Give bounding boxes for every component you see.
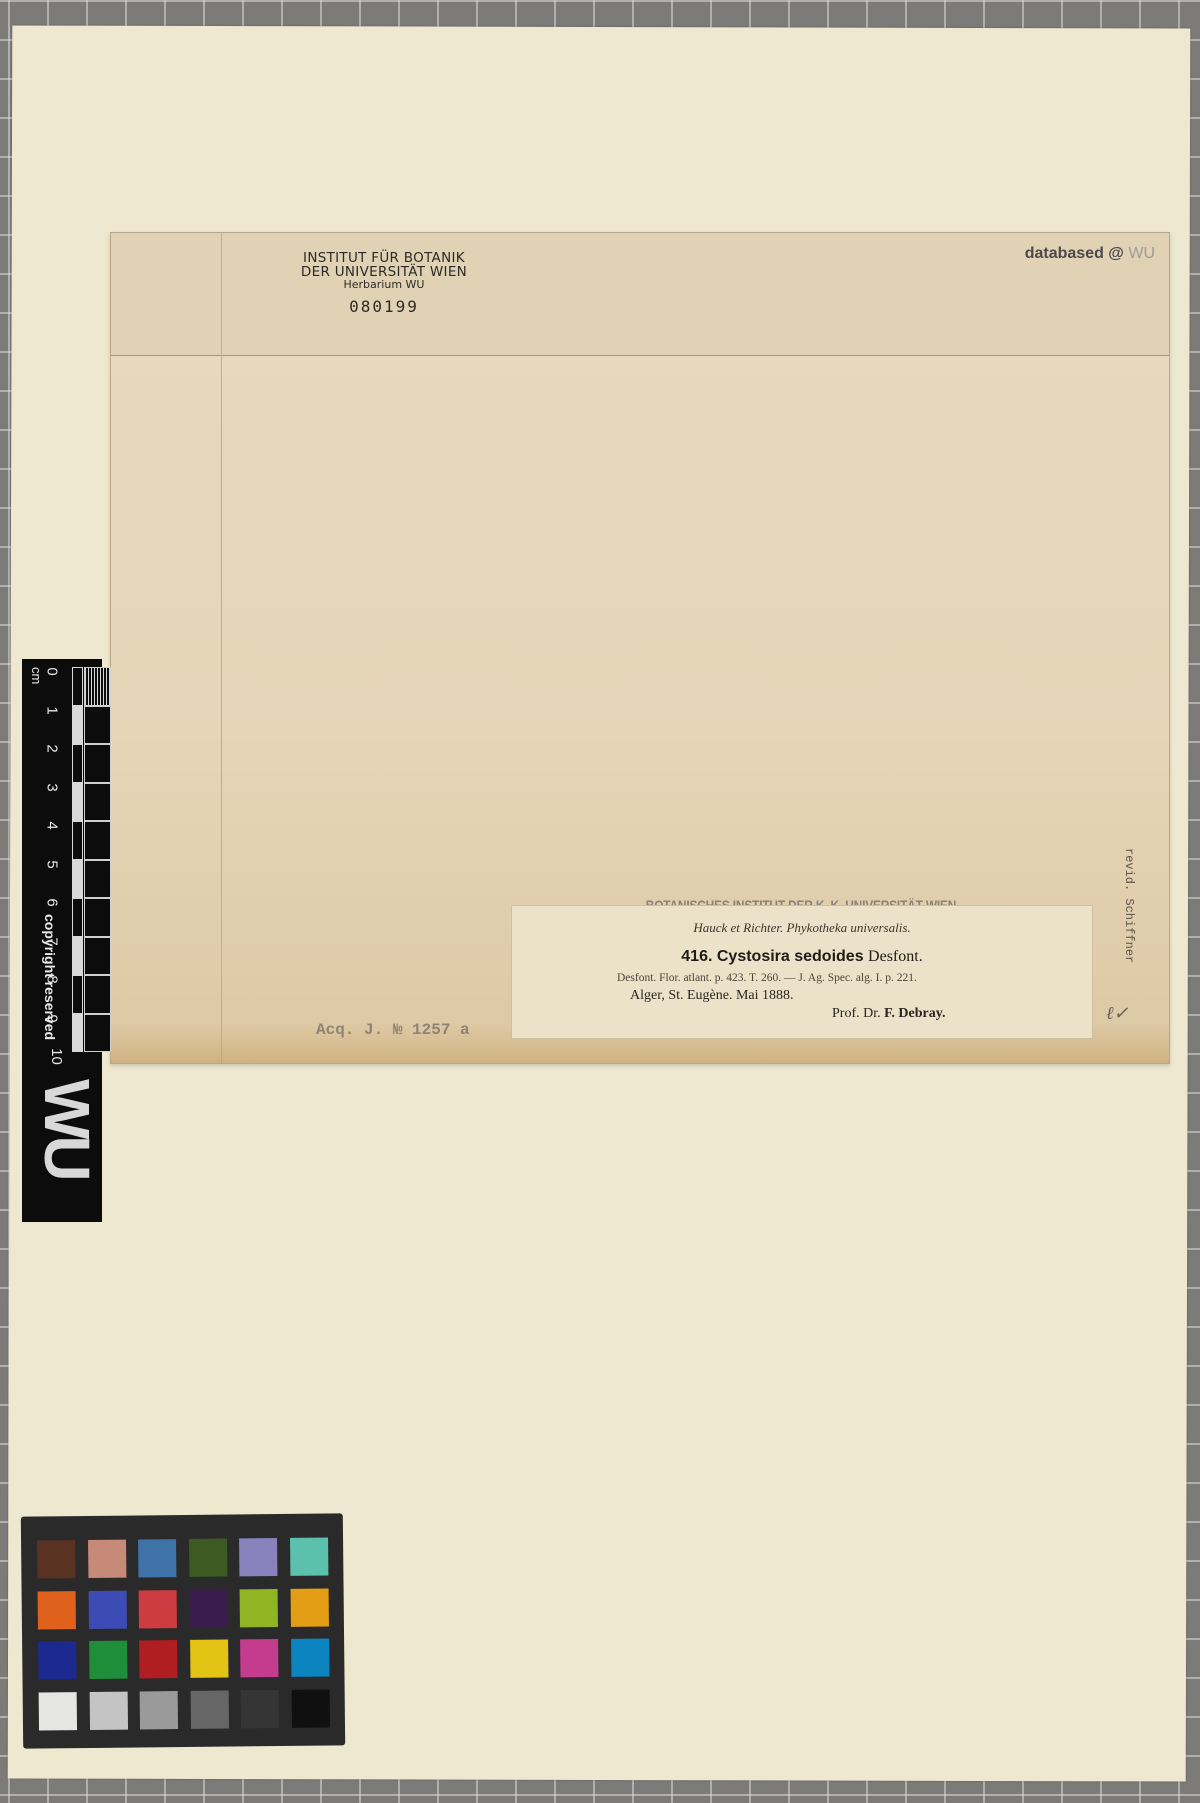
collector-name: F. Debray. bbox=[884, 1006, 945, 1021]
specimen-envelope: INSTITUT FÜR BOTANIK DER UNIVERSITÄT WIE… bbox=[110, 232, 1170, 1064]
ruler-segment bbox=[84, 783, 111, 822]
envelope-flap bbox=[111, 233, 1169, 356]
ruler-tick-0: 0 bbox=[44, 667, 61, 675]
color-swatch bbox=[189, 1539, 227, 1577]
color-checker bbox=[21, 1513, 345, 1748]
species-author: Desfont. bbox=[868, 948, 923, 965]
specimen-label: Hauck et Richter. Phykotheka universalis… bbox=[511, 905, 1093, 1039]
database-stamp-text: databased @ bbox=[1025, 245, 1124, 262]
ruler-segment bbox=[72, 783, 83, 822]
color-swatch bbox=[240, 1639, 278, 1677]
color-swatch bbox=[190, 1690, 228, 1728]
ruler-segment bbox=[72, 860, 83, 899]
herbarium-number: 080199 bbox=[289, 299, 479, 316]
ruler-segment bbox=[72, 1014, 83, 1053]
ruler-segment bbox=[72, 744, 83, 783]
scale-ruler: cm 012345678910 copyright reserved WU bbox=[22, 659, 102, 1222]
color-swatch bbox=[89, 1641, 127, 1679]
ruler-segment bbox=[84, 937, 111, 976]
ruler-segment bbox=[84, 821, 111, 860]
ruler-segment bbox=[72, 898, 83, 937]
label-collector: Prof. Dr. F. Debray. bbox=[832, 1006, 945, 1022]
color-swatch bbox=[38, 1591, 76, 1629]
wu-logo: WU bbox=[30, 1079, 104, 1178]
database-stamp-suffix: WU bbox=[1128, 245, 1155, 262]
color-swatch bbox=[88, 1540, 126, 1578]
color-swatch bbox=[139, 1590, 177, 1628]
ruler-tick-1: 1 bbox=[44, 706, 61, 714]
color-swatch bbox=[89, 1691, 127, 1729]
envelope-fold-line bbox=[221, 233, 222, 1063]
color-swatch bbox=[38, 1641, 76, 1679]
color-swatch bbox=[291, 1638, 329, 1676]
ruler-segment bbox=[84, 975, 111, 1014]
institute-stamp-line2: DER UNIVERSITÄT WIEN bbox=[289, 265, 479, 279]
species-name: 416. Cystosira sedoides bbox=[681, 948, 863, 965]
institute-stamp-line3: Herbarium WU bbox=[289, 279, 479, 291]
ruler-segment bbox=[72, 937, 83, 976]
color-swatch bbox=[290, 1537, 328, 1575]
ruler-scale bbox=[72, 667, 118, 1052]
color-swatch bbox=[189, 1589, 227, 1627]
label-reference: Desfont. Flor. atlant. p. 423. T. 260. —… bbox=[617, 972, 917, 984]
ruler-tick-6: 6 bbox=[44, 898, 61, 906]
ruler-segment bbox=[84, 744, 111, 783]
ruler-segment bbox=[84, 860, 111, 899]
color-swatch bbox=[291, 1689, 329, 1727]
ruler-tick-10: 10 bbox=[48, 1048, 65, 1065]
label-series: Hauck et Richter. Phykotheka universalis… bbox=[512, 920, 1092, 936]
color-swatch bbox=[139, 1640, 177, 1678]
color-swatch bbox=[88, 1590, 126, 1628]
color-swatch bbox=[138, 1539, 176, 1577]
ruler-segment bbox=[84, 898, 111, 937]
color-swatch bbox=[190, 1640, 228, 1678]
institute-stamp: INSTITUT FÜR BOTANIK DER UNIVERSITÄT WIE… bbox=[289, 251, 479, 316]
color-swatch bbox=[290, 1588, 328, 1626]
color-swatch bbox=[140, 1691, 178, 1729]
acquisition-number: Acq. J. № 1257 a bbox=[316, 1021, 470, 1039]
color-swatch bbox=[241, 1690, 279, 1728]
color-swatch bbox=[39, 1692, 77, 1730]
color-swatch bbox=[239, 1538, 277, 1576]
color-swatch bbox=[37, 1540, 75, 1578]
ruler-segment bbox=[72, 706, 83, 745]
ruler-segment bbox=[84, 667, 111, 706]
ruler-segment bbox=[72, 667, 83, 706]
ruler-tick-2: 2 bbox=[44, 744, 61, 752]
database-stamp: databased @ WU bbox=[1025, 245, 1155, 263]
color-swatch bbox=[240, 1589, 278, 1627]
ruler-segment bbox=[84, 706, 111, 745]
ruler-segment bbox=[72, 975, 83, 1014]
collector-prefix: Prof. Dr. bbox=[832, 1006, 881, 1021]
ruler-tick-3: 3 bbox=[44, 783, 61, 791]
ruler-segment bbox=[84, 1014, 111, 1053]
ruler-unit: cm bbox=[29, 667, 44, 684]
revision-note: revid. Schiffner bbox=[1122, 848, 1136, 963]
ruler-tick-5: 5 bbox=[44, 860, 61, 868]
label-locality-date: Alger, St. Eugène. Mai 1888. bbox=[630, 988, 794, 1004]
copyright-text: copyright reserved bbox=[42, 914, 58, 1040]
pencil-mark: ℓ✓ bbox=[1106, 1003, 1129, 1024]
ruler-segment bbox=[72, 821, 83, 860]
ruler-tick-4: 4 bbox=[44, 821, 61, 829]
label-title: 416. Cystosira sedoides Desfont. bbox=[512, 948, 1092, 966]
